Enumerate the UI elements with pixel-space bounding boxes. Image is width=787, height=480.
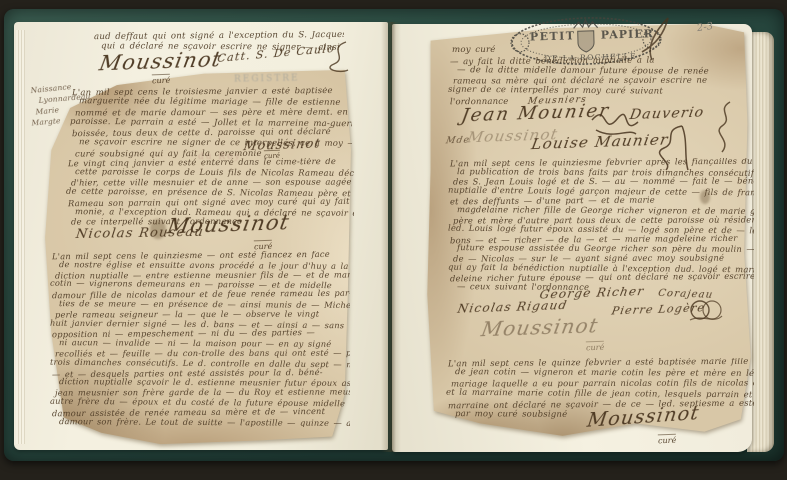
signature-cure-label: curé (658, 434, 677, 446)
paraph-flourish-icon (318, 40, 352, 76)
handwriting-line: marguerite née du légitime mariage — fil… (70, 96, 352, 108)
signature-cure-label: curé (586, 341, 605, 353)
ink-smudge (700, 190, 710, 204)
signature-moussinot-inline: Moussinot (242, 136, 322, 154)
gutter-shadow (381, 22, 401, 452)
left-underpage-edges (16, 30, 25, 444)
handwriting-line: damour son frère. Le tout de suitte — l'… (50, 417, 350, 428)
marriage-record-right: L'an mil sept cens le quinziesme febvrie… (448, 158, 754, 292)
signature-cure-label: curé (152, 74, 171, 86)
signature-moussinot: Moussinot (165, 210, 291, 238)
archival-book-scan: REGISTRE du Roy NaissanceLyonnardeauMari… (0, 0, 787, 480)
signature-cure-label: curé (254, 240, 273, 252)
bleedthrough-print: REGISTRE (234, 73, 300, 84)
paraph-flourish-icon (712, 100, 738, 156)
paraph-circles-icon (688, 296, 724, 326)
signature-moussinot: Moussinot (479, 313, 600, 341)
ink-smudge (150, 219, 166, 239)
page-number-annotation: 2-3 (696, 21, 713, 34)
lead-in-line: moy curé (452, 45, 512, 55)
stamp-text-petit: PETIT (530, 29, 576, 43)
betrothal-record-left: L'an mil sept cens le quinziesme — ont e… (50, 251, 350, 427)
benediction-record-right: — ay fait la ditte bénédiction nuptialle… (448, 56, 748, 106)
signature-dauverio: Dauverio (628, 105, 705, 124)
signature-moussinot: Moussinot (97, 47, 223, 75)
